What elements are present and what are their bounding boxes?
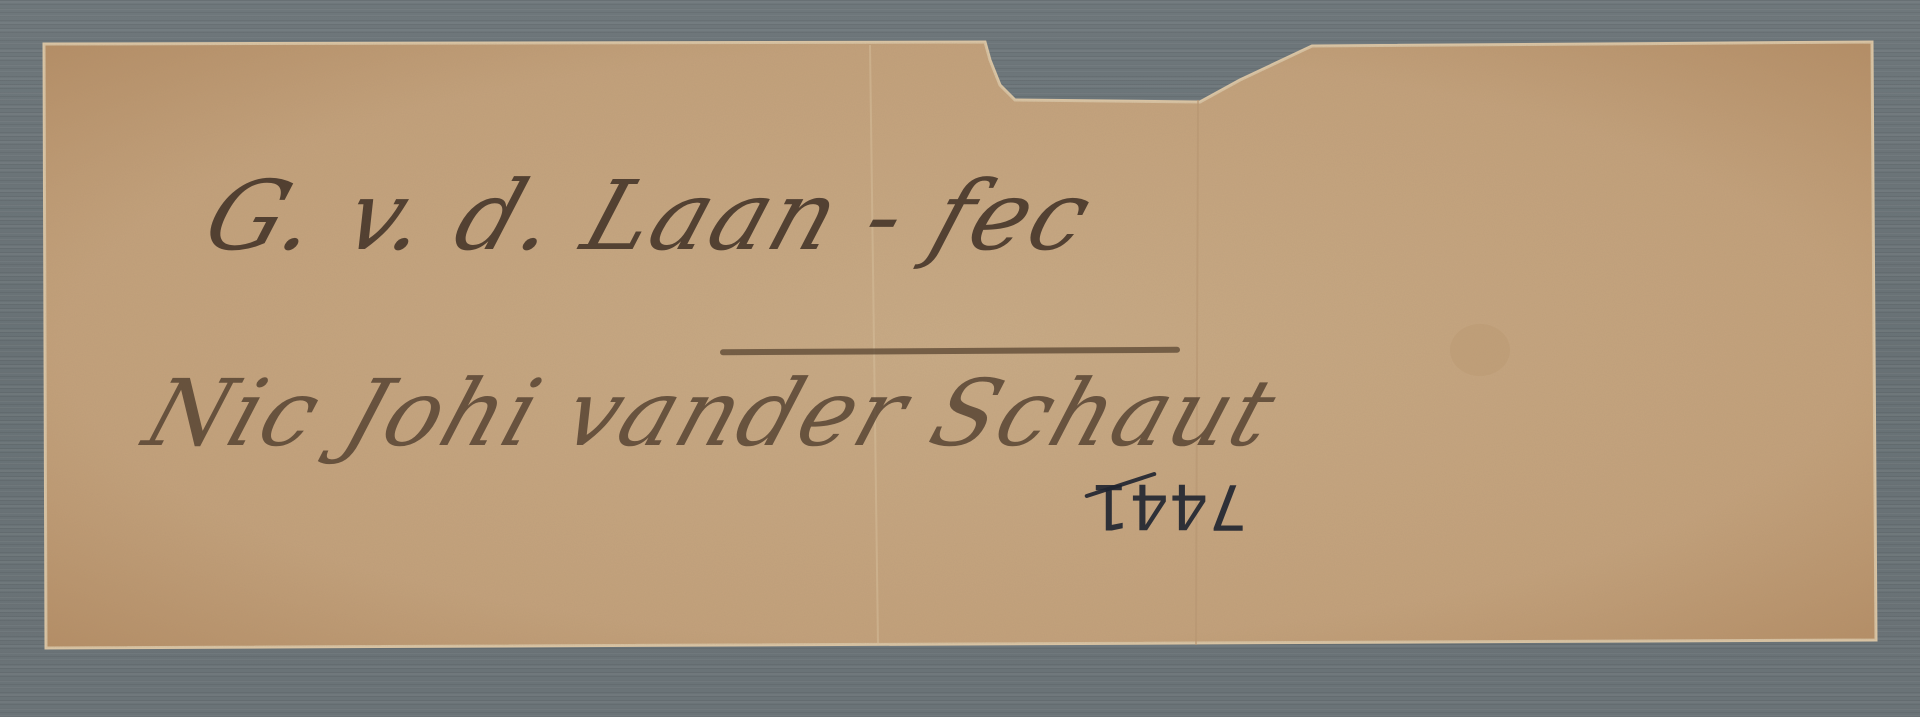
inscription-line-2: Nic Johi vander Schaut: [133, 360, 1290, 467]
inscription-line-1: G. v. d. Laan - fec: [192, 160, 1107, 272]
pencil-inventory-number: 7441: [1090, 470, 1248, 543]
paper-label: G. v. d. Laan - fec Nic Johi vander Scha…: [0, 0, 1920, 717]
paper-shape: [0, 0, 1920, 717]
